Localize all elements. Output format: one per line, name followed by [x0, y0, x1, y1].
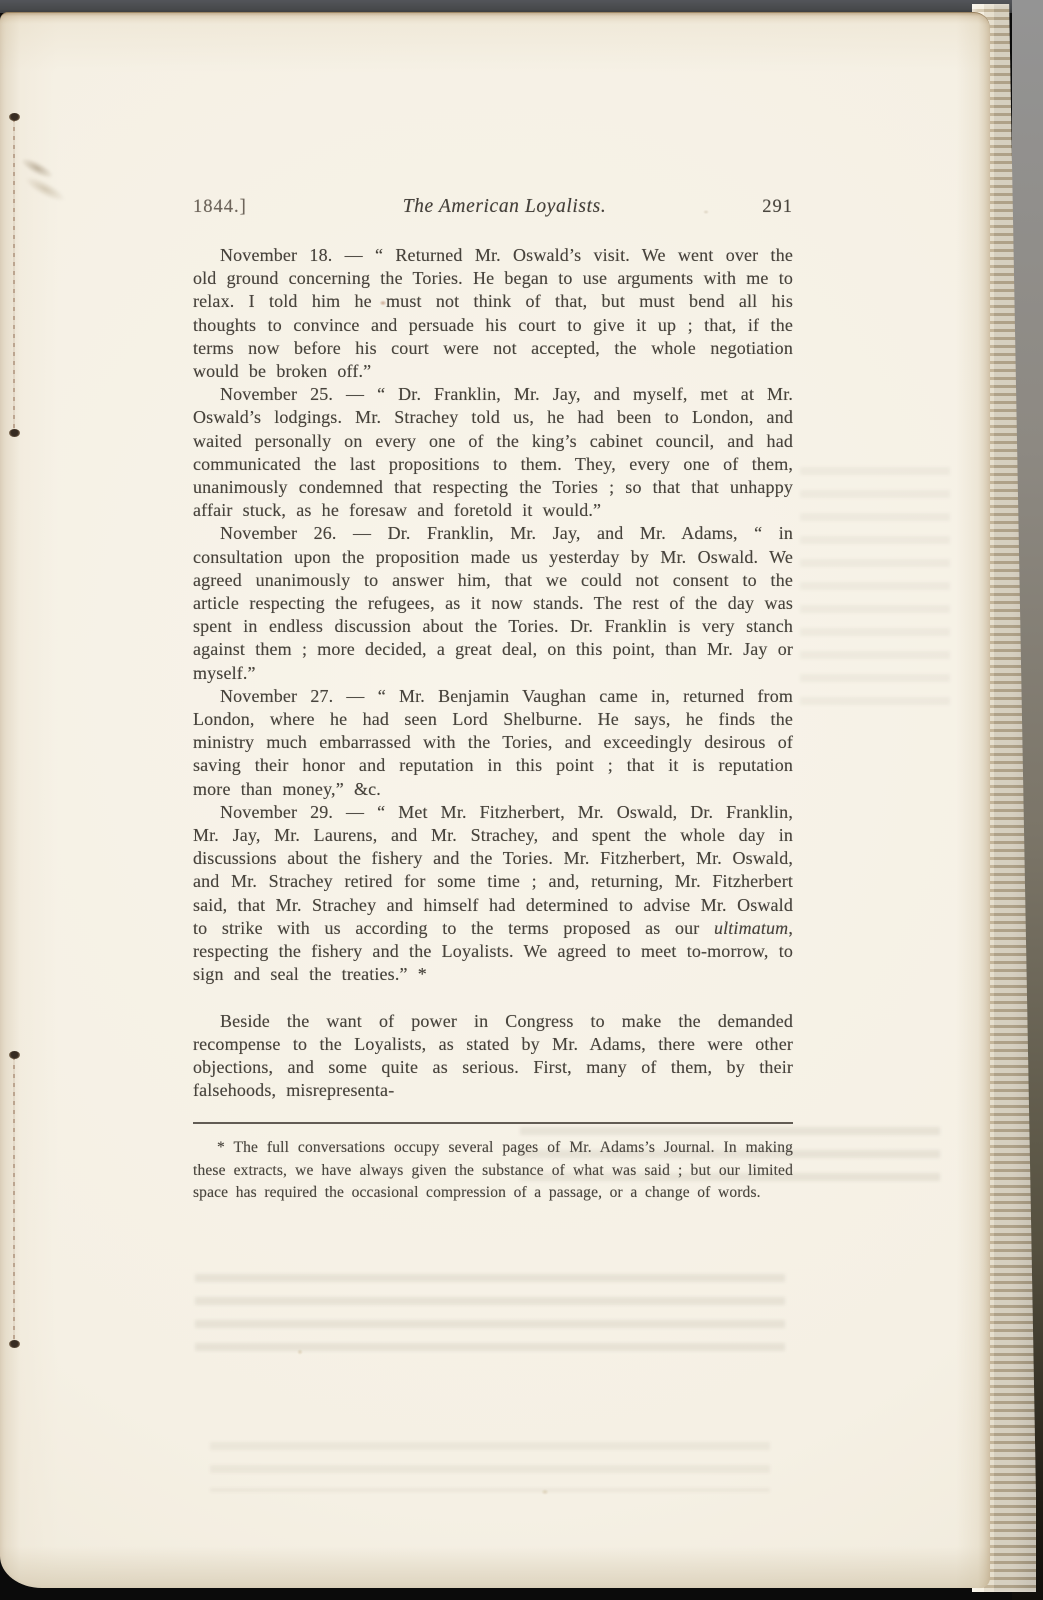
book-scan: 1844.] The American Loyalists. 291 Novem…: [0, 0, 1043, 1600]
paragraph-november-25: November 25. — “ Dr. Franklin, Mr. Jay, …: [193, 383, 793, 522]
bleed-through-ghost: [800, 467, 950, 707]
paragraph-november-27: November 27. — “ Mr. Benjamin Vaughan ca…: [193, 685, 793, 801]
footnote-text: * The full conversations occupy several …: [193, 1137, 793, 1204]
running-head-title: The American Loyalists.: [403, 196, 607, 218]
bleed-through-ghost: [210, 1442, 770, 1492]
page-content: 1844.] The American Loyalists. 291 Novem…: [193, 196, 793, 1205]
bleed-through-ghost: [195, 1274, 785, 1354]
book-page: 1844.] The American Loyalists. 291 Novem…: [0, 12, 990, 1588]
footnote-rule: [193, 1122, 793, 1124]
running-head-year: 1844.]: [193, 197, 247, 218]
binding-smudge: [9, 147, 78, 210]
binding-stitch-upper: [13, 118, 15, 432]
italic-word-ultimatum: ultimatum: [714, 918, 788, 938]
paragraph-beside-want-of-power: Beside the want of power in Congress to …: [193, 1010, 793, 1103]
running-head-page-number: 291: [762, 197, 793, 218]
paragraph-november-29: November 29. — “ Met Mr. Fitzherbert, Mr…: [193, 801, 793, 987]
paragraph-november-29-lead: November 29. — “ Met Mr. Fitzherbert, Mr…: [193, 802, 793, 938]
binding-stitch-lower: [13, 1056, 15, 1343]
paragraph-november-26: November 26. — Dr. Franklin, Mr. Jay, an…: [193, 522, 793, 684]
running-head: 1844.] The American Loyalists. 291: [193, 196, 793, 218]
paragraph-november-18: November 18. — “ Returned Mr. Oswald’s v…: [193, 244, 793, 383]
